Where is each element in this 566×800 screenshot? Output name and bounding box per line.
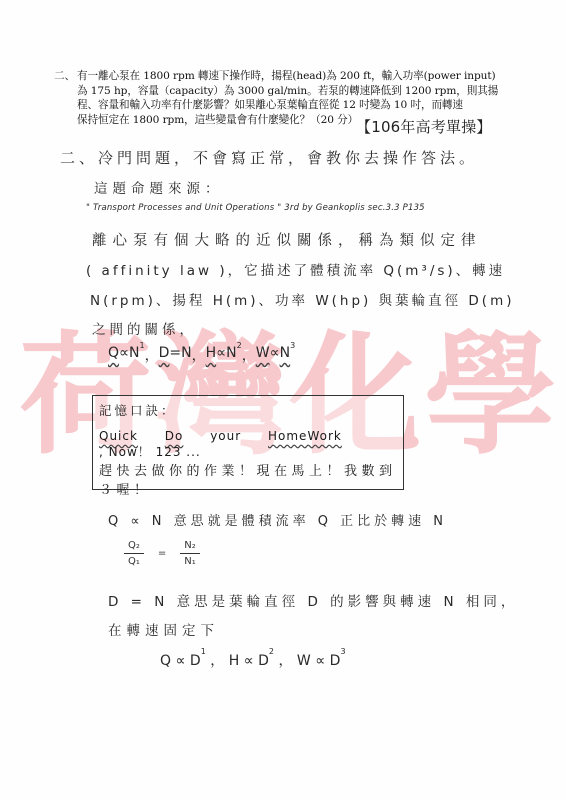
answer-paragraph-line: 之間的關係，: [92, 318, 197, 338]
answer-paragraph-line: 離心泵有個大略的近似關係，稱為類似定律: [92, 229, 482, 250]
symbol-n: N: [129, 345, 139, 365]
mnemonic-word: HomeWork: [268, 429, 342, 443]
mnemonic-english: Quick Do your HomeWork , Now！ 123 ...: [99, 429, 403, 460]
mnemonic-word: your: [210, 429, 241, 443]
symbol-h: H: [206, 345, 217, 365]
denominator: N₁: [184, 554, 196, 567]
proportional-sign: ∝: [216, 345, 226, 365]
question-number: 二、: [54, 69, 75, 84]
mnemonic-word: , Now！ 123 ...: [99, 443, 201, 460]
answer-paragraph-line: ( affinity law )，它描述了體積流率 Q(m³/s)、轉速: [86, 259, 505, 279]
explanation-line: D = N 意思是葉輪直徑 D 的影響與轉速 N 相同，: [108, 590, 518, 610]
affinity-formula-diameter: Q ∝ D1 ， H ∝ D2 ， W ∝ D3: [160, 650, 346, 670]
mnemonic-heading: 記憶口訣：: [99, 401, 177, 419]
symbol-n: N: [181, 345, 191, 365]
answer-paragraph-line: N(rpm)、揚程 H(m)、功率 W(hp) 與葉輪直徑 D(m): [90, 289, 515, 309]
explanation-line: 在轉速固定下: [108, 619, 219, 639]
exponent: 3: [340, 647, 345, 656]
separator: ，: [145, 345, 159, 365]
exponent: 1: [201, 647, 206, 656]
formula-part: ， W ∝ D: [278, 653, 340, 669]
question-line: 有一離心泵在 1800 rpm 轉速下操作時，揚程(head)為 200 ft，…: [54, 69, 484, 84]
answer-source-label: 這題命題來源：: [94, 177, 224, 197]
mnemonic-box: 記憶口訣： Quick Do your HomeWork , Now！ 123 …: [92, 395, 404, 490]
answer-reference: " Transport Processes and Unit Operation…: [86, 203, 425, 213]
watermark-char: 學: [423, 330, 558, 462]
equals-sign: =: [169, 345, 181, 365]
separator: ，: [192, 345, 206, 365]
mnemonic-word: Do: [165, 429, 184, 443]
ratio-formula: Q₂ Q₁ = N₂ N₁: [124, 540, 200, 567]
equals-sign: =: [158, 548, 166, 559]
explanation-line: Q ∝ N 意思就是體積流率 Q 正比於轉速 N: [108, 510, 447, 529]
question-line: 程、容量和輸入功率有什麼影響？如果離心泵葉輪直徑從 12 吋變為 10 吋，而轉…: [54, 98, 484, 113]
document-page: 荷 灣 化 學 二、 有一離心泵在 1800 rpm 轉速下操作時，揚程(hea…: [0, 0, 566, 800]
affinity-formula-speed: Q ∝ N 1 ， D = N ， H ∝ N 2 ， W ∝ N 3: [108, 345, 295, 365]
symbol-n: N: [226, 345, 236, 365]
exam-source-tag: 【106年高考單操】: [356, 116, 492, 137]
proportional-sign: ∝: [119, 345, 129, 365]
answer-title: 二、冷門問題，不會寫正常，會教你去操作答法。: [60, 147, 478, 168]
formula-part: Q ∝ D: [160, 653, 201, 669]
numerator: N₂: [180, 540, 200, 554]
exponent: 2: [269, 647, 274, 656]
question-line: 為 175 hp，容量（capacity）為 3000 gal/min。若泵的轉…: [54, 84, 484, 99]
symbol-d: D: [159, 345, 170, 365]
separator: ，: [242, 345, 256, 365]
symbol-n: N: [280, 345, 290, 365]
mnemonic-chinese: 趕快去做你的作業！現在馬上！我數到３喔！: [99, 460, 403, 498]
exponent: 3: [290, 341, 295, 361]
proportional-sign: ∝: [270, 345, 280, 365]
mnemonic-word: Quick: [99, 429, 138, 443]
denominator: Q₁: [128, 554, 140, 567]
formula-part: ， H ∝ D: [210, 653, 269, 669]
numerator: Q₂: [124, 540, 144, 554]
symbol-w: W: [256, 345, 270, 365]
symbol-q: Q: [108, 345, 119, 365]
fraction-q: Q₂ Q₁: [124, 540, 144, 567]
fraction-n: N₂ N₁: [180, 540, 200, 567]
